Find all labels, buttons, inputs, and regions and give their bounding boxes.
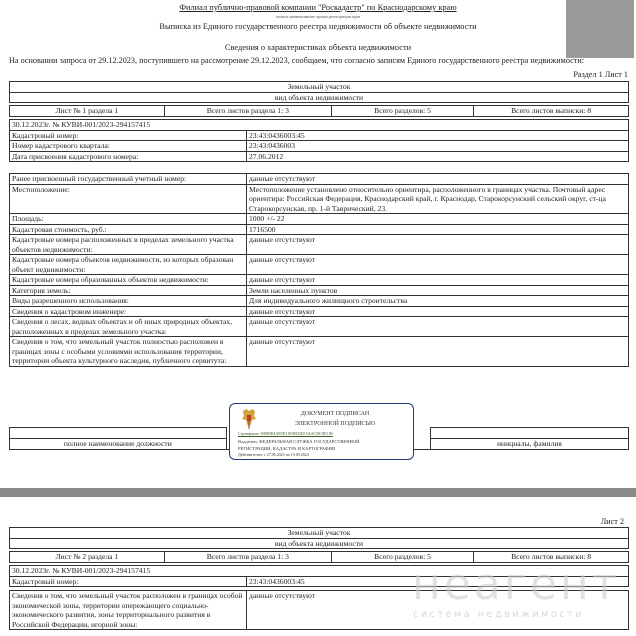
row-value: Для индивидуального жилищного строительс… [247,296,629,307]
row-value: данные отсутствуют [247,306,629,317]
row-value: данные отсутствуют [247,337,629,367]
extract-sheets-total: Всего листов выписки: 8 [474,106,629,117]
section-sheets-total: Всего листов раздела 1: 3 [164,552,331,563]
table-row: Кадастровые номера расположенных в преде… [10,235,629,255]
object-type: Земельный участок [10,528,629,539]
table-row: Номер кадастрового квартала:23:43:043600… [10,141,629,152]
row-value: 27.06.2012 [247,151,629,162]
row-label: Площадь: [10,214,247,225]
stamp-certificate: Сертификат: 00889D4AF0D11E0ED2D15AACDC8F… [238,432,333,437]
sheet-meta-table-2: Лист № 2 раздела 1 Всего листов раздела … [9,551,629,563]
row-value: 23:43:0436003:45 [247,576,629,587]
row-value: 1000 +/- 22 [247,214,629,225]
sections-total: Всего разделов: 5 [331,106,473,117]
table-row: Категория земель:Земли населенных пункто… [10,285,629,296]
row-label: Местоположение: [10,184,247,214]
stamp-owner: Владелец: ФЕДЕРАЛЬНАЯ СЛУЖБА ГОСУДАРСТВЕ… [238,439,360,445]
row-label: Кадастровые номера расположенных в преде… [10,235,247,255]
document-title: Выписка из Единого государственного реес… [0,22,636,32]
row-label: Виды разрешенного использования: [10,296,247,307]
table-row: Площадь:1000 +/- 22 [10,214,629,225]
row-label: Сведения о том, что земельный участок по… [10,337,247,367]
row-value: данные отсутствуют [247,174,629,185]
row-label: Кадастровая стоимость, руб.: [10,224,247,235]
row-value: 23:43:0436003:45 [247,130,629,141]
details-table: Ранее присвоенный государственный учетны… [9,173,629,367]
stamp-title: ДОКУМЕНТ ПОДПИСАН [275,411,395,418]
section-sheet-label: Раздел 1 Лист 1 [573,70,628,80]
extract-sheets-total: Всего листов выписки: 8 [474,552,629,563]
row-label: Номер кадастрового квартала: [10,141,247,152]
row-value: данные отсутствуют [247,591,629,630]
table-row: Сведения о том, что земельный участок ра… [10,591,629,630]
sheet-meta-table: Лист № 1 раздела 1 Всего листов раздела … [9,105,629,117]
table-row: Сведения о том, что земельный участок по… [10,337,629,367]
sheet-2-label: Лист 2 [601,517,624,527]
row-value: данные отсутствуют [247,317,629,337]
basis-text: На основании запроса от 29.12.2023, пост… [9,56,584,66]
sections-total: Всего разделов: 5 [331,552,473,563]
position-field [10,428,227,439]
extract-number: 30.12.2023г. № КУВИ-001/2023-294157415 [10,120,629,131]
section-title: Сведения о характеристиках объекта недви… [0,43,636,53]
organization-name: Филиал публично-правовой компании "Роска… [0,3,636,13]
row-value: Земли населенных пунктов [247,285,629,296]
table-row: Кадастровый номер:23:43:0436003:45 [10,130,629,141]
ident-table: 30.12.2023г. № КУВИ-001/2023-294157415 К… [9,119,629,162]
row-label: Ранее присвоенный государственный учетны… [10,174,247,185]
row-label: Сведения о том, что земельный участок ра… [10,591,247,630]
row-value: данные отсутствуют [247,275,629,286]
row-label: Кадастровый номер: [10,576,247,587]
object-type-table: Земельный участок вид объекта недвижимос… [9,81,629,103]
object-type-caption: вид объекта недвижимости [10,538,629,549]
object-type-caption: вид объекта недвижимости [10,92,629,103]
table-row: Местоположение:Местоположение установлен… [10,184,629,214]
table-row: Кадастровые номера объектов недвижимости… [10,255,629,275]
coat-of-arms-icon [240,407,258,429]
row-label: Категория земель: [10,285,247,296]
sheet-number: Лист № 1 раздела 1 [10,106,165,117]
organization-caption: полное наименование органа регистрации п… [0,14,636,19]
table-row: Кадастровые номера образованных объектов… [10,275,629,286]
row-value: 1716500 [247,224,629,235]
sheet-number: Лист № 2 раздела 1 [10,552,165,563]
row-label: Дата присвоения кадастрового номера: [10,151,247,162]
table-row: Кадастровый номер:23:43:0436003:45 [10,576,629,587]
row-label: Сведения о лесах, водных объектах и об и… [10,317,247,337]
row-value: данные отсутствуют [247,255,629,275]
section-sheets-total: Всего листов раздела 1: 3 [164,106,331,117]
name-field [430,428,628,439]
table-row: Сведения о кадастровом инженере:данные о… [10,306,629,317]
row-value: Местоположение установлено относительно … [247,184,629,214]
stamp-subtitle: ЭЛЕКТРОННОЙ ПОДПИСЬЮ [275,421,395,428]
row-value: данные отсутствуют [247,235,629,255]
stamp-owner-cont: РЕГИСТРАЦИИ, КАДАСТРА И КАРТОГРАФИИ [238,446,335,452]
e-signature-stamp: ДОКУМЕНТ ПОДПИСАН ЭЛЕКТРОННОЙ ПОДПИСЬЮ С… [229,403,414,460]
row-value: 23:43:0436003 [247,141,629,152]
name-caption: инициалы, фамилия [430,439,628,450]
table-row: Дата присвоения кадастрового номера:27.0… [10,151,629,162]
row-label: Сведения о кадастровом инженере: [10,306,247,317]
ident-table-2: 30.12.2023г. № КУВИ-001/2023-294157415 К… [9,565,629,587]
page-separator [0,488,636,497]
row-label: Кадастровые номера образованных объектов… [10,275,247,286]
extract-number: 30.12.2023г. № КУВИ-001/2023-294157415 [10,566,629,577]
row-label: Кадастровые номера объектов недвижимости… [10,255,247,275]
table-row: Кадастровая стоимость, руб.:1716500 [10,224,629,235]
stamp-validity: Действителен: с 27.06.2023 по 19.09.2024 [238,453,309,458]
row-label: Кадастровый номер: [10,130,247,141]
table-row: Сведения о лесах, водных объектах и об и… [10,317,629,337]
table-row: Виды разрешенного использования:Для инди… [10,296,629,307]
object-type: Земельный участок [10,82,629,93]
details-table-2: Сведения о том, что земельный участок ра… [9,590,629,630]
object-type-table-2: Земельный участок вид объекта недвижимос… [9,527,629,549]
table-row: Ранее присвоенный государственный учетны… [10,174,629,185]
position-caption: полное наименование должности [10,439,227,450]
